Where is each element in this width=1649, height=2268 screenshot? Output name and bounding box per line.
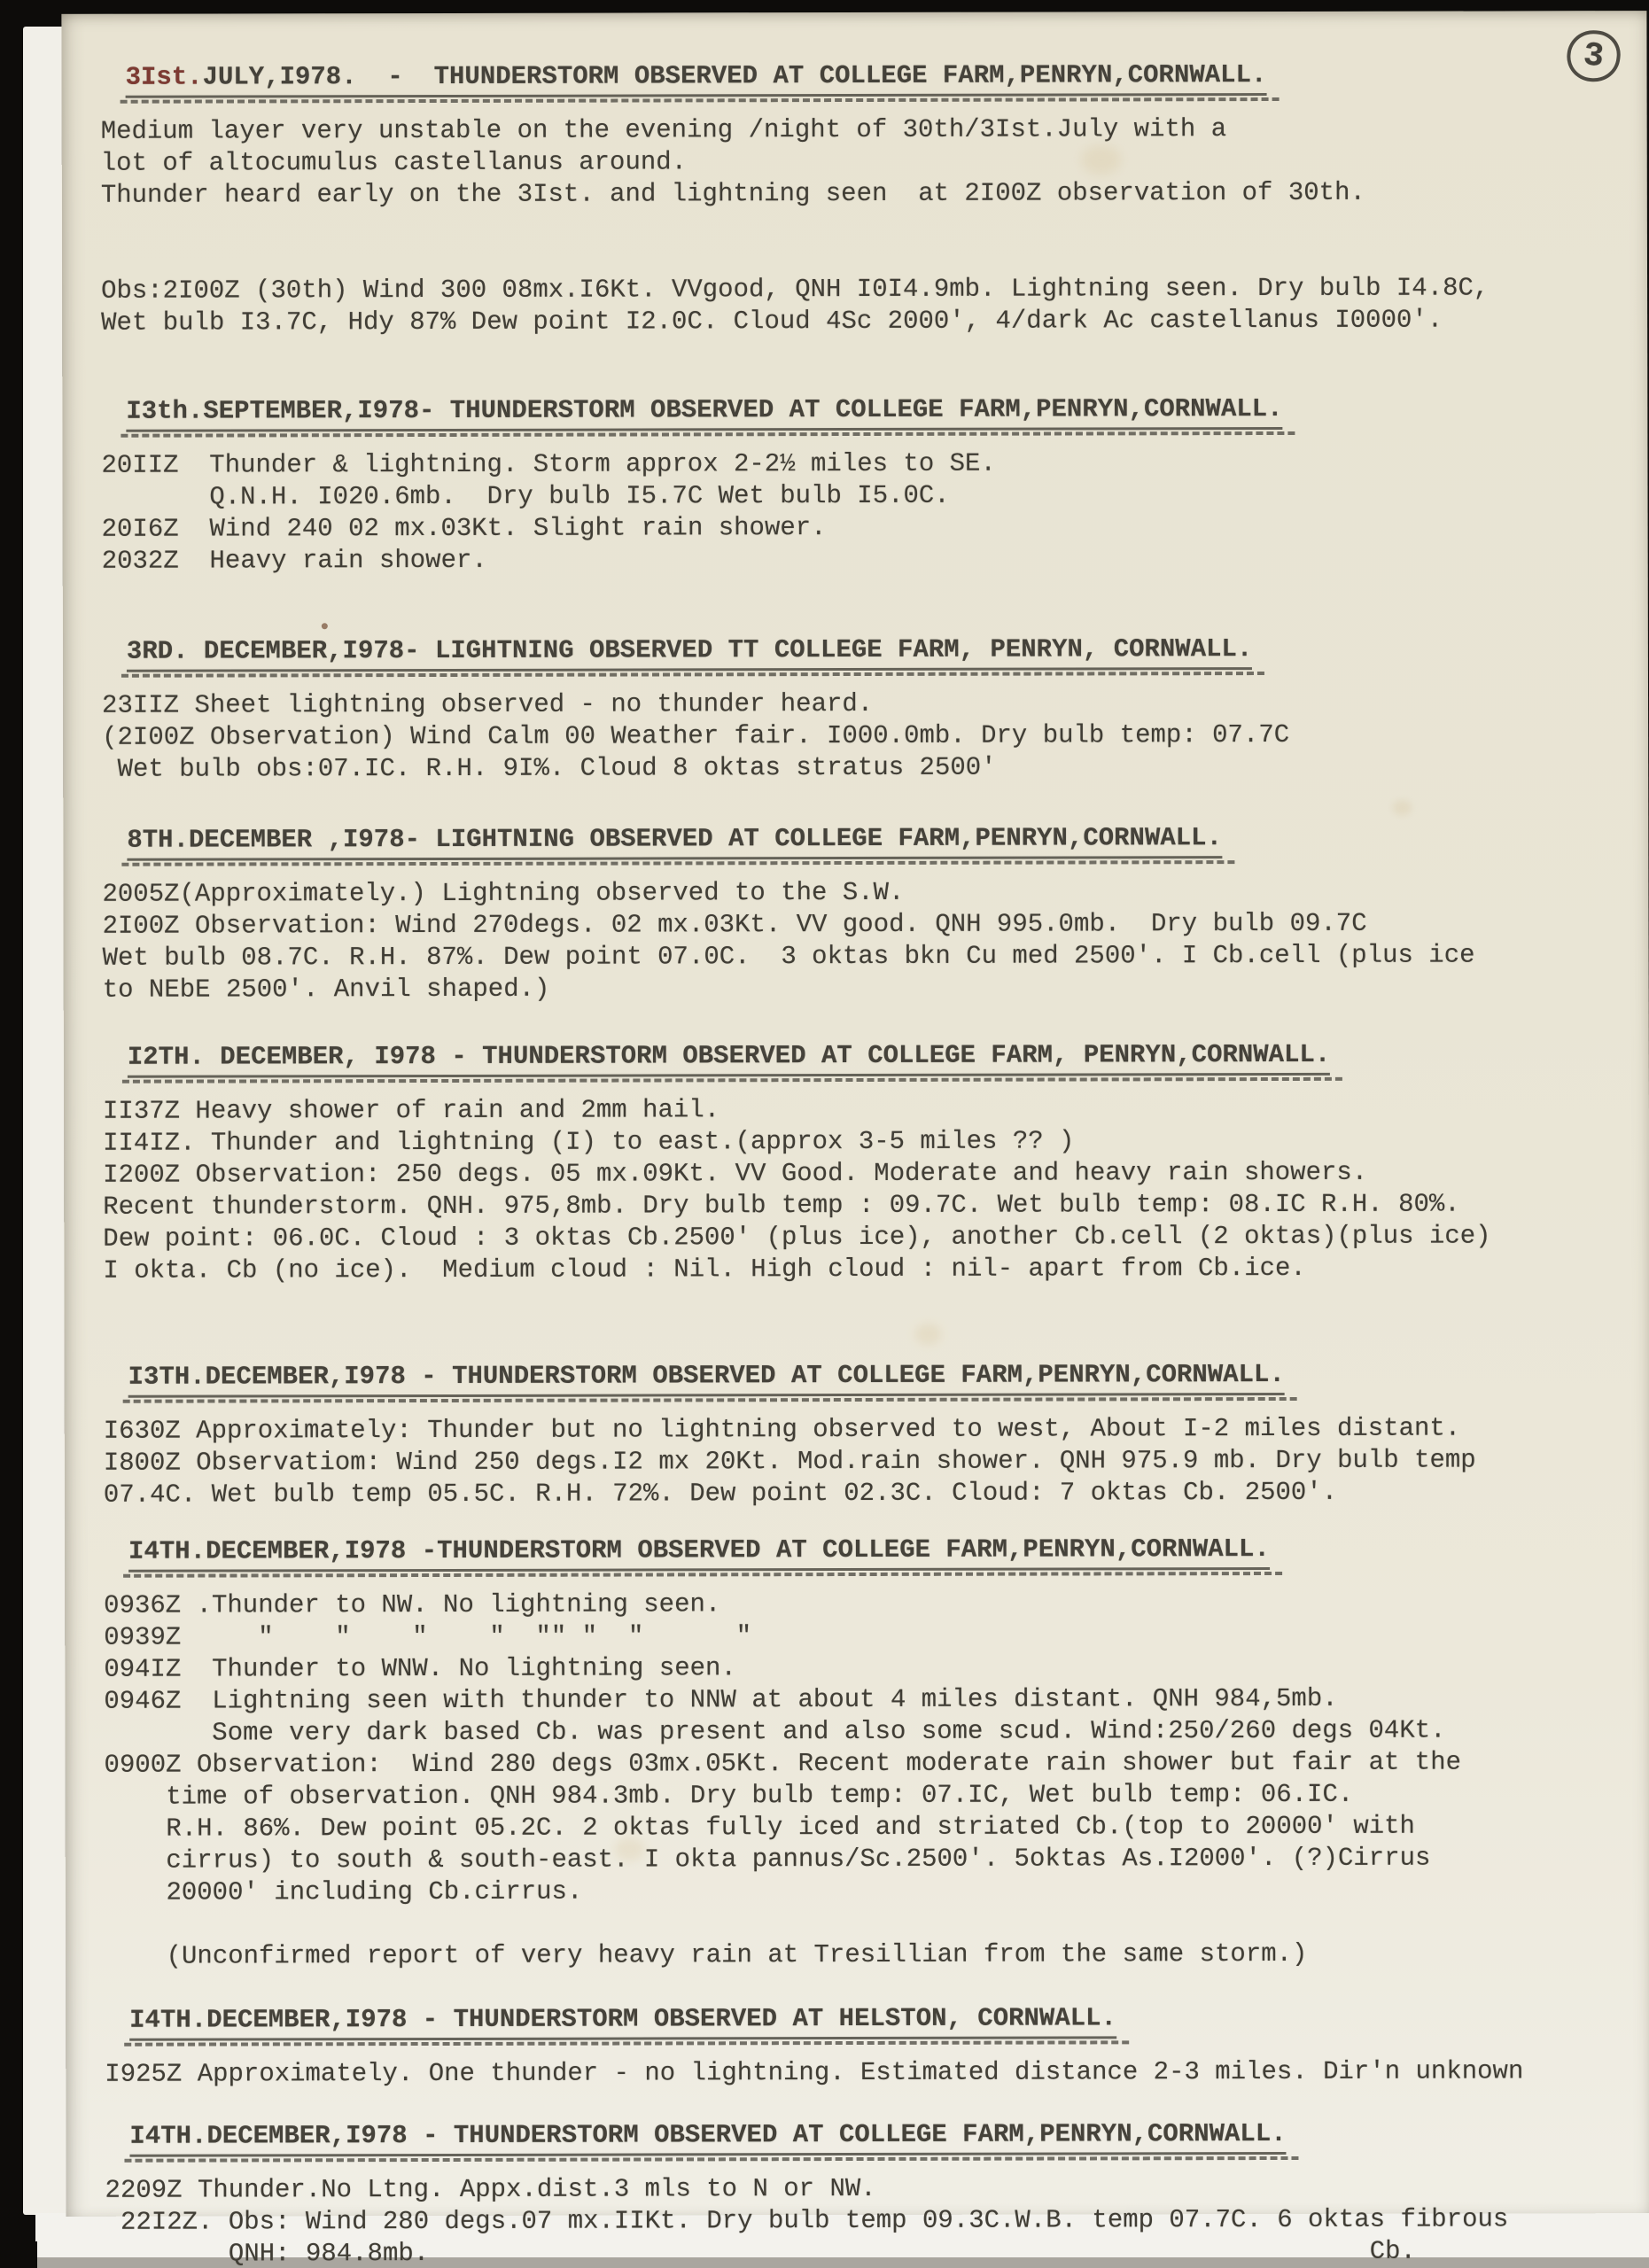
text-line: lot of altocumulus castellanus around. (101, 144, 1624, 180)
section-lines: 2209Z Thunder.No Ltng. Appx.dist.3 mls t… (105, 2171, 1629, 2268)
text-line: 0939Z " " " " "" " " " (104, 1619, 1627, 1654)
text-line: to NEbE 2500'. Anvil shaped.) (103, 971, 1626, 1006)
section-header: 3RD. DECEMBER,I978- LIGHTNING OBSERVED T… (127, 633, 1253, 672)
section-header-row: I4TH.DECEMBER,I978 - THUNDERSTORM OBSERV… (129, 2001, 1628, 2041)
section-lines: 2005Z(Approximately.) Lightning observed… (102, 875, 1625, 1006)
header-text: 8TH.DECEMBER ,I978- LIGHTNING OBSERVED A… (127, 823, 1222, 855)
section-header: I2TH. DECEMBER, I978 - THUNDERSTORM OBSE… (128, 1039, 1331, 1078)
text-line: Some very dark based Cb. was present and… (104, 1714, 1627, 1750)
section-header-row: 3RD. DECEMBER,I978- LIGHTNING OBSERVED T… (127, 633, 1625, 672)
header-text: I2TH. DECEMBER, I978 - THUNDERSTORM OBSE… (128, 1040, 1330, 1072)
text-line: II4IZ. Thunder and lightning (I) to east… (103, 1124, 1626, 1160)
text-line: 094IZ Thunder to WNW. No lightning seen. (104, 1651, 1627, 1686)
section-header-row: I4TH.DECEMBER,I978 - THUNDERSTORM OBSERV… (129, 2117, 1628, 2157)
section-header: I4TH.DECEMBER,I978 - THUNDERSTORM OBSERV… (129, 2118, 1286, 2157)
text-line: Wet bulb obs:07.IC. R.H. 9I%. Cloud 8 ok… (102, 750, 1625, 786)
section-dec-3: 3RD. DECEMBER,I978- LIGHTNING OBSERVED T… (102, 633, 1625, 786)
section-july-31: 3Ist.JULY,I978. - THUNDERSTORM OBSERVED … (101, 58, 1625, 339)
header-text: I4TH.DECEMBER,I978 - THUNDERSTORM OBSERV… (129, 2119, 1286, 2151)
section-header-row: I3TH.DECEMBER,I978 - THUNDERSTORM OBSERV… (128, 1358, 1627, 1398)
section-header: I3TH.DECEMBER,I978 - THUNDERSTORM OBSERV… (128, 1359, 1285, 1398)
section-sept-13: I3th.SEPTEMBER,I978- THUNDERSTORM OBSERV… (101, 392, 1624, 578)
header-text: I4TH.DECEMBER,I978 -THUNDERSTORM OBSERVE… (128, 1534, 1270, 1566)
text-line: cirrus) to south & south-east. I okta pa… (105, 1842, 1628, 1877)
section-dec-14-college-2: I4TH.DECEMBER,I978 - THUNDERSTORM OBSERV… (105, 2117, 1628, 2268)
text-line: Obs:2I00Z (30th) Wind 300 08mx.I6Kt. VVg… (101, 272, 1624, 307)
section-lines: 0936Z .Thunder to NW. No lightning seen.… (104, 1587, 1628, 1973)
paper-stain (615, 1838, 645, 1861)
text-line: II37Z Heavy shower of rain and 2mm hail. (103, 1092, 1626, 1128)
text-line: 0936Z .Thunder to NW. No lightning seen. (104, 1587, 1627, 1622)
section-header: 3Ist.JULY,I978. - THUNDERSTORM OBSERVED … (126, 59, 1267, 98)
section-header: I4TH.DECEMBER,I978 -THUNDERSTORM OBSERVE… (128, 1534, 1270, 1573)
section-header-row: I2TH. DECEMBER, I978 - THUNDERSTORM OBSE… (128, 1038, 1626, 1078)
text-line: I925Z Approximately. One thunder - no li… (105, 2055, 1628, 2091)
section-header-row: I4TH.DECEMBER,I978 -THUNDERSTORM OBSERVE… (128, 1533, 1627, 1573)
header-text: I4TH.DECEMBER,I978 - THUNDERSTORM OBSERV… (129, 2003, 1116, 2034)
text-line: 07.4C. Wet bulb temp 05.5C. R.H. 72%. De… (104, 1476, 1627, 1511)
text-line: 20000' including Cb.cirrus. (105, 1874, 1628, 1909)
header-text: 3RD. DECEMBER,I978- LIGHTNING OBSERVED T… (127, 634, 1252, 666)
text-line: QNH: 984.8mb. Cb. (105, 2235, 1629, 2268)
text-line: (Unconfirmed report of very heavy rain a… (105, 1938, 1628, 1973)
text-line: 2I00Z Observation: Wind 270degs. 02 mx.0… (103, 907, 1626, 943)
section-header-row: I3th.SEPTEMBER,I978- THUNDERSTORM OBSERV… (126, 392, 1624, 432)
section-dec-14-college-1: I4TH.DECEMBER,I978 -THUNDERSTORM OBSERVE… (104, 1533, 1628, 1973)
section-lines: I925Z Approximately. One thunder - no li… (105, 2055, 1628, 2091)
text-line: 20IIZ Thunder & lightning. Storm approx … (101, 447, 1624, 482)
text-line (105, 1906, 1628, 1941)
text-line: Wet bulb I3.7C, Hdy 87% Dew point I2.0C.… (101, 304, 1624, 339)
scan-bottom-left-corner (0, 2241, 37, 2268)
section-lines: Medium layer very unstable on the evenin… (101, 113, 1625, 339)
section-dec-12: I2TH. DECEMBER, I978 - THUNDERSTORM OBSE… (103, 1038, 1627, 1287)
header-text: I3TH.DECEMBER,I978 - THUNDERSTORM OBSERV… (128, 1360, 1285, 1392)
text-line: 20I6Z Wind 240 02 mx.03Kt. Slight rain s… (102, 510, 1625, 546)
text-line: 23IIZ Sheet lightning observed - no thun… (102, 687, 1625, 722)
text-line: 0900Z Observation: Wind 280 degs 03mx.05… (105, 1746, 1628, 1782)
paper-stain (1081, 144, 1122, 175)
section-lines: 23IIZ Sheet lightning observed - no thun… (102, 687, 1625, 786)
text-line: 2032Z Heavy rain shower. (102, 542, 1625, 578)
typewritten-page: 3 3Ist.JULY,I978. - THUNDERSTORM OBSERVE… (61, 11, 1649, 2217)
text-line: Dew point: 06.0C. Cloud : 3 oktas Cb.250… (103, 1220, 1626, 1255)
section-header: 8TH.DECEMBER ,I978- LIGHTNING OBSERVED A… (127, 822, 1222, 861)
section-lines: 20IIZ Thunder & lightning. Storm approx … (101, 447, 1624, 578)
text-line: 22I2Z. Obs: Wind 280 degs.07 mx.IIKt. Dr… (105, 2203, 1629, 2239)
text-line: Thunder heard early on the 3Ist. and lig… (101, 176, 1624, 212)
text-line: 0946Z Lightning seen with thunder to NNW… (104, 1682, 1627, 1718)
text-line: I800Z Observatiom: Wind 250 degs.I2 mx 2… (104, 1444, 1627, 1480)
text-line: 2209Z Thunder.No Ltng. Appx.dist.3 mls t… (105, 2171, 1629, 2207)
section-header: I4TH.DECEMBER,I978 - THUNDERSTORM OBSERV… (129, 2002, 1116, 2040)
paper-stain (914, 1324, 941, 1345)
section-dec-8: 8TH.DECEMBER ,I978- LIGHTNING OBSERVED A… (102, 821, 1625, 1006)
text-line: Wet bulb 08.7C. R.H. 87%. Dew point 07.0… (103, 939, 1626, 975)
text-line: Recent thunderstorm. QNH. 975,8mb. Dry b… (103, 1188, 1626, 1223)
header-text: I3th.SEPTEMBER,I978- THUNDERSTORM OBSERV… (126, 394, 1282, 426)
text-line: R.H. 86%. Dew point 05.2C. 2 oktas fully… (105, 1810, 1628, 1845)
paper-stain (1392, 800, 1412, 816)
header-text: JULY,I978. - THUNDERSTORM OBSERVED AT CO… (203, 60, 1267, 92)
section-header-row: 3Ist.JULY,I978. - THUNDERSTORM OBSERVED … (126, 58, 1624, 98)
section-dec-14-helston: I4TH.DECEMBER,I978 - THUNDERSTORM OBSERV… (105, 2001, 1628, 2091)
text-line: I200Z Observation: 250 degs. 05 mx.09Kt.… (103, 1156, 1626, 1192)
sections: 3Ist.JULY,I978. - THUNDERSTORM OBSERVED … (101, 58, 1629, 2268)
scanned-document: 3 3Ist.JULY,I978. - THUNDERSTORM OBSERVE… (0, 0, 1649, 2268)
section-lines: I630Z Approximately: Thunder but no ligh… (104, 1412, 1627, 1511)
text-line (101, 208, 1624, 244)
section-dec-13: I3TH.DECEMBER,I978 - THUNDERSTORM OBSERV… (104, 1358, 1627, 1511)
text-line: time of observation. QNH 984.3mb. Dry bu… (105, 1778, 1628, 1814)
ink-speck (322, 623, 328, 629)
section-header: I3th.SEPTEMBER,I978- THUNDERSTORM OBSERV… (126, 393, 1282, 432)
text-line (101, 240, 1624, 276)
section-header-row: 8TH.DECEMBER ,I978- LIGHTNING OBSERVED A… (127, 821, 1625, 861)
section-lines: II37Z Heavy shower of rain and 2mm hail.… (103, 1092, 1626, 1287)
text-line: I okta. Cb (no ice). Medium cloud : Nil.… (103, 1252, 1626, 1287)
text-line: Q.N.H. I020.6mb. Dry bulb I5.7C Wet bulb… (102, 478, 1625, 514)
text-line: 2005Z(Approximately.) Lightning observed… (102, 875, 1625, 911)
text-line: Medium layer very unstable on the evenin… (101, 113, 1624, 148)
text-line: (2I00Z Observation) Wind Calm 00 Weather… (102, 718, 1625, 754)
header-prefix: 3Ist. (126, 63, 203, 92)
text-line: I630Z Approximately: Thunder but no ligh… (104, 1412, 1627, 1448)
